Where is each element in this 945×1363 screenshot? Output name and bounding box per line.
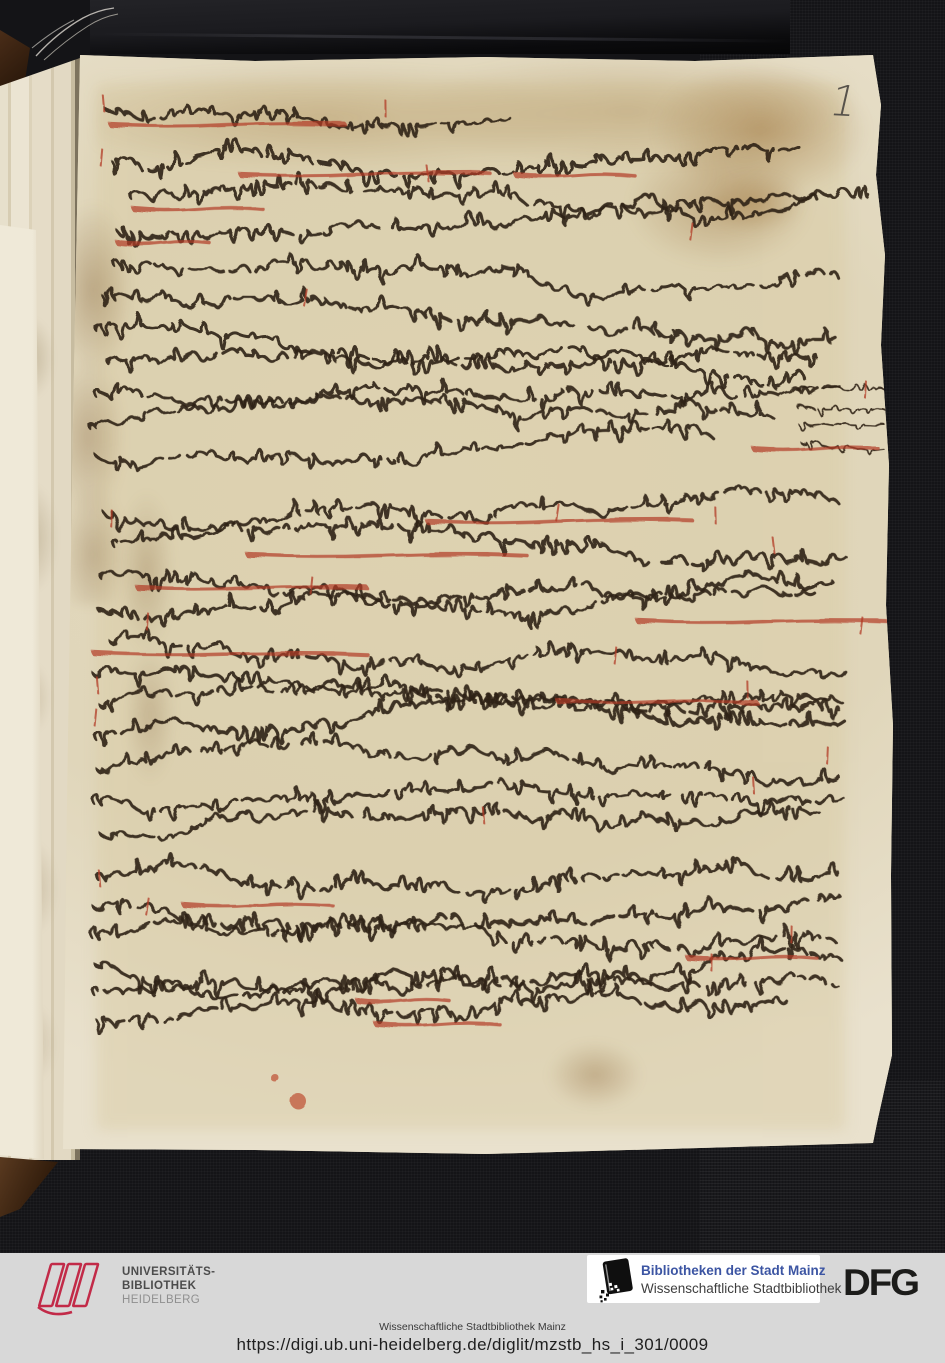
footer-bar: UNIVERSITÄTS- BIBLIOTHEK HEIDELBERG [0,1253,945,1363]
book-cover-corner [0,1155,62,1223]
mainz-library-badge: Bibliotheken der Stadt Mainz Wissenschaf… [587,1255,820,1303]
digitized-manuscript-scan: 1 UNIVERSITÄTS- BIBLIOTHEK HEIDELBERG [0,0,945,1363]
manuscript-page: 1 [55,45,900,1160]
heidelberg-library-logo: UNIVERSITÄTS- BIBLIOTHEK HEIDELBERG [26,1259,296,1321]
mainz-book-icon [591,1256,641,1303]
mainz-badge-line2: Wissenschaftliche Stadtbibliothek [641,1280,841,1298]
manuscript-photo: 1 [0,0,945,1253]
cloth-fold [90,0,790,54]
mainz-badge-text: Bibliotheken der Stadt Mainz Wissenschaf… [641,1262,841,1297]
heidelberg-logo-line1: UNIVERSITÄTS- [122,1265,215,1279]
heidelberg-logo-text: UNIVERSITÄTS- BIBLIOTHEK HEIDELBERG [122,1265,215,1307]
handwritten-text-scribbles [55,45,900,1160]
source-url: https://digi.ub.uni-heidelberg.de/diglit… [0,1335,945,1355]
dfg-logo: DFG [843,1262,918,1304]
mainz-badge-line1: Bibliotheken der Stadt Mainz [641,1262,841,1280]
caption-text: Wissenschaftliche Stadtbibliothek Mainz [0,1321,945,1333]
heidelberg-book-icon [26,1261,116,1319]
heidelberg-logo-line3: HEIDELBERG [122,1293,215,1307]
heidelberg-logo-line2: BIBLIOTHEK [122,1279,215,1293]
